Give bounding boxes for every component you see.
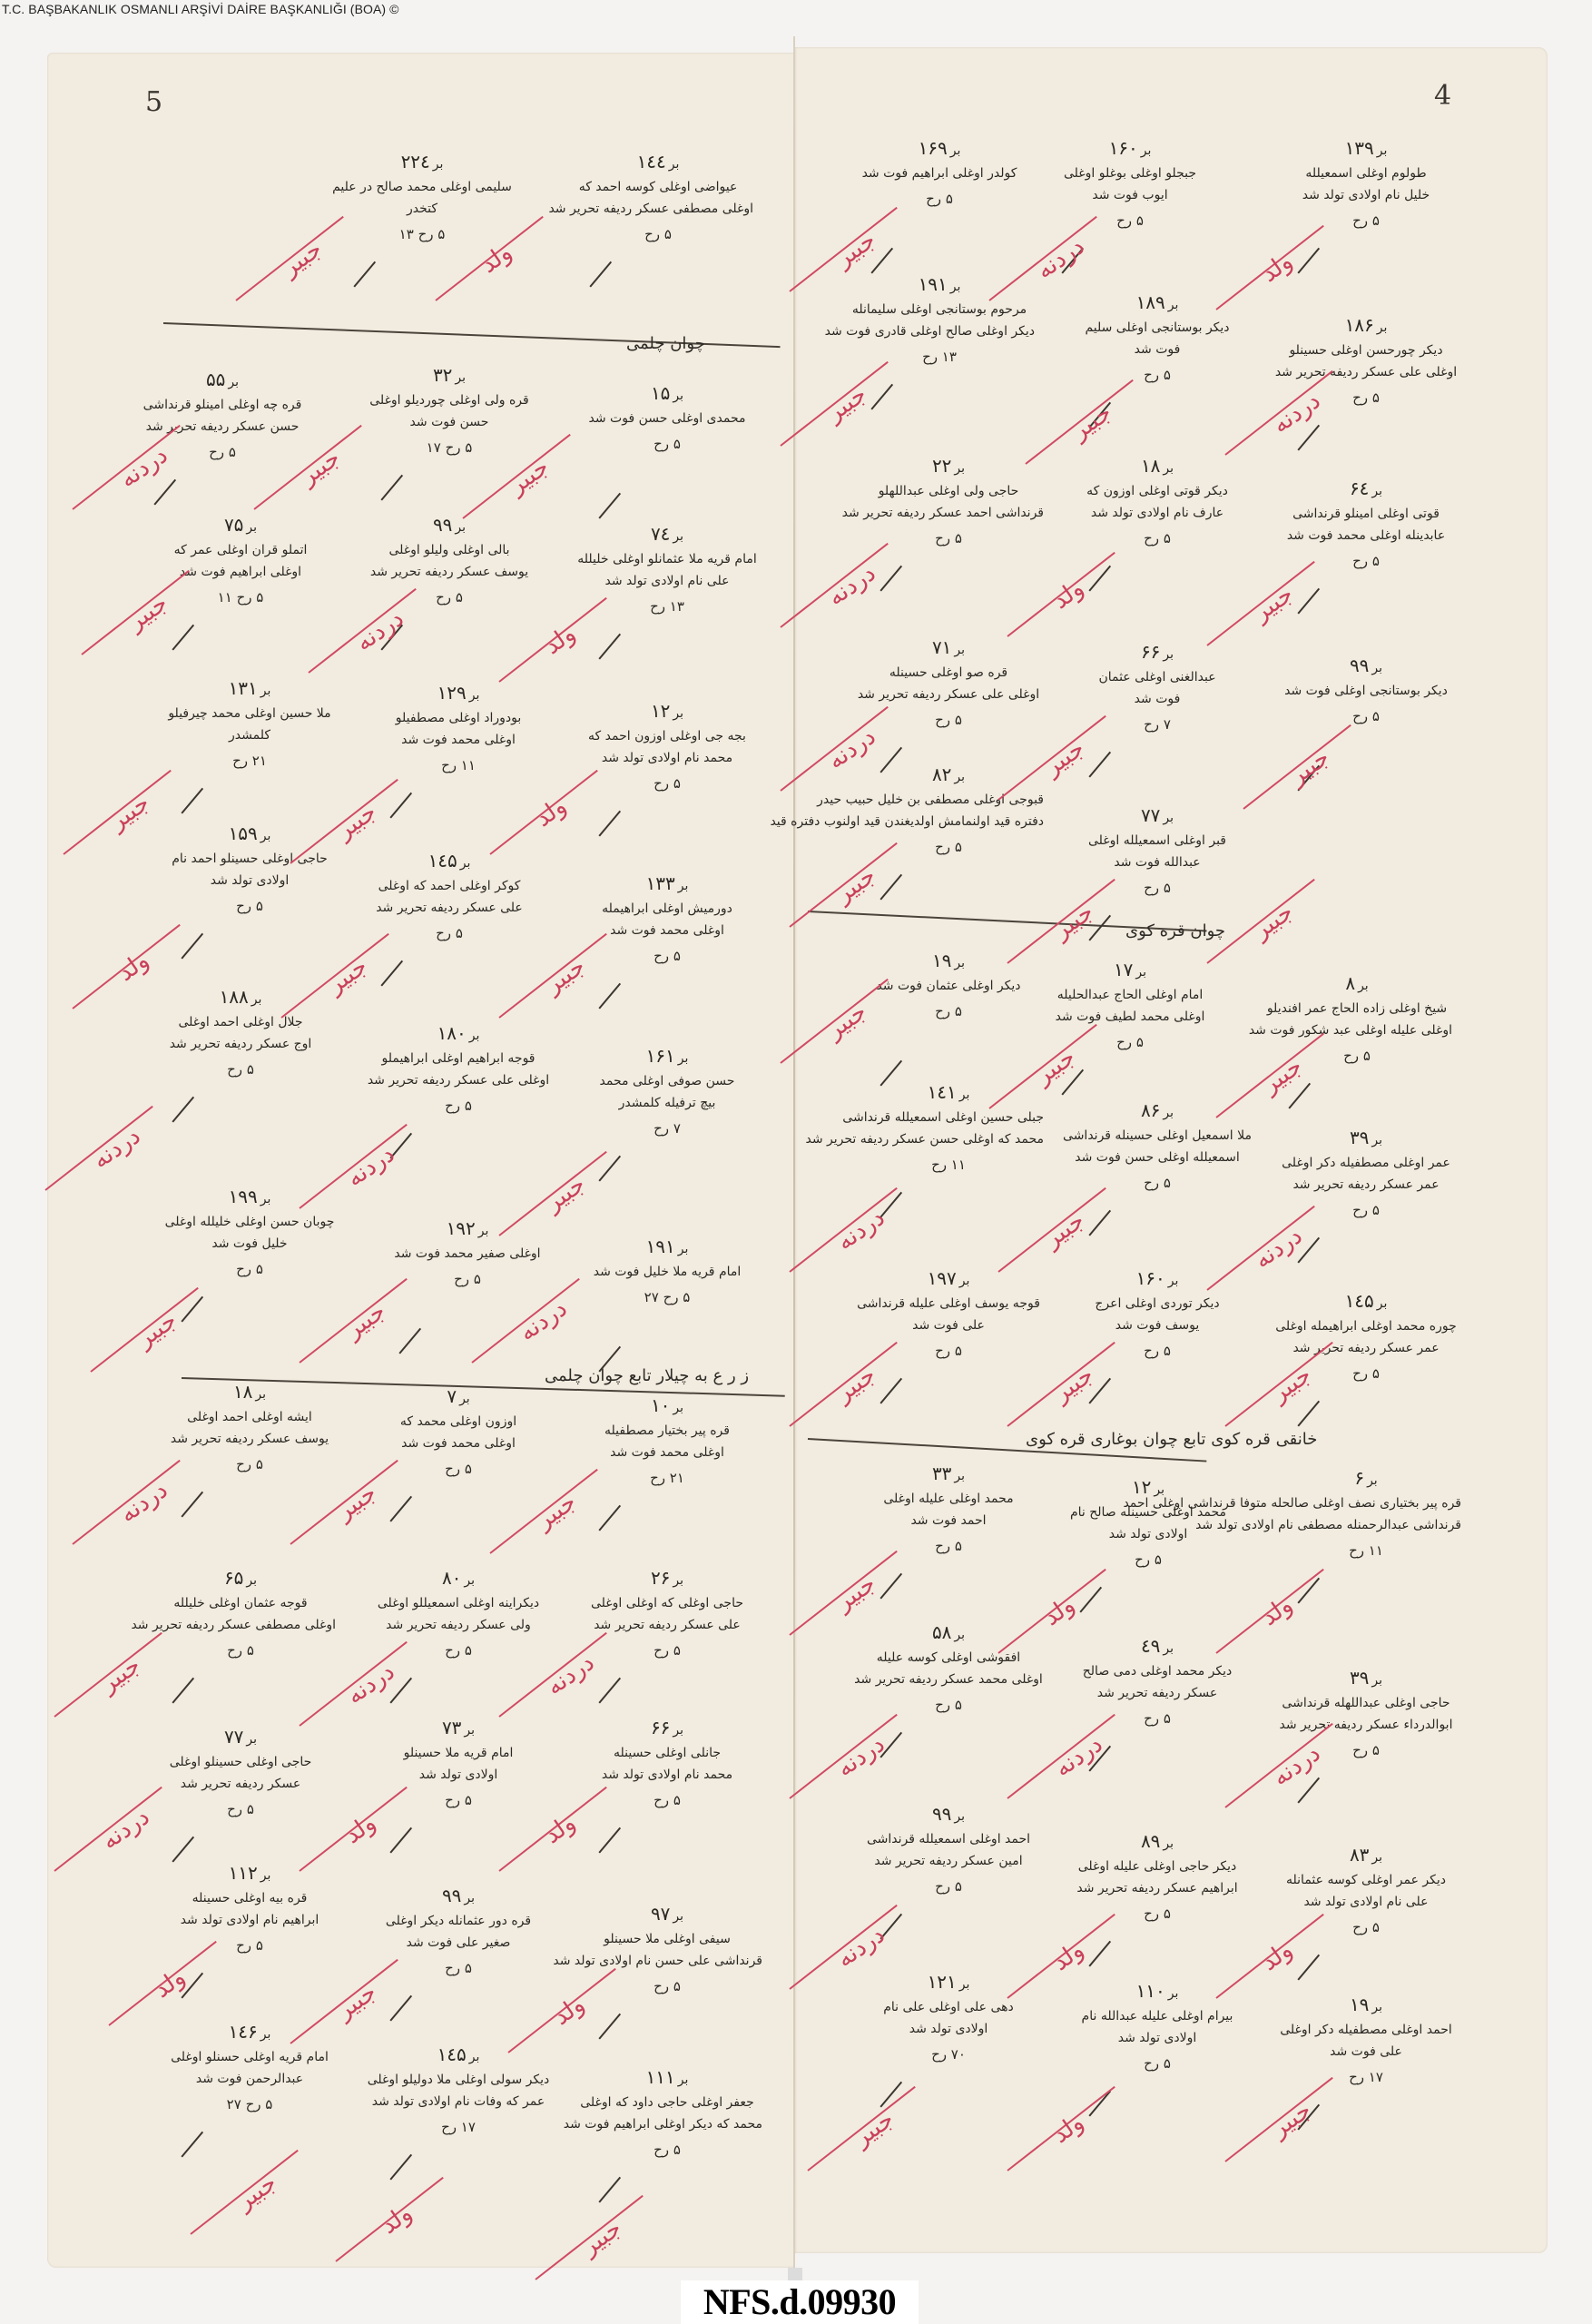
- entry-number: بر۱۹۹: [154, 1185, 345, 1211]
- entry-prefix: بر: [469, 688, 480, 703]
- entry-number: بر۷۷: [1062, 803, 1253, 830]
- entry-prefix: بر: [251, 992, 262, 1007]
- entry-number: بر۸۹: [1062, 1829, 1253, 1856]
- entry-line-2: اوغلی محمد لطیف فوت شد: [1035, 1006, 1225, 1028]
- register-entry: بر۱٤۵کوکر اوغلی احمد که اوغلیعلی عسکر رد…: [354, 849, 545, 944]
- entry-prefix: بر: [455, 370, 466, 385]
- entry-line-2: عمر که وفات نام اولادی تولد شد: [363, 2091, 554, 2112]
- entry-date: ۵ رح: [145, 1059, 336, 1080]
- entry-date: ۵ رح: [1062, 877, 1253, 899]
- archive-reference-code: NFS.d.09930: [681, 2280, 919, 2324]
- book-spine: [793, 36, 795, 2270]
- entry-line-2: عمر عسکر ردیفه تحریر شد: [1271, 1174, 1461, 1196]
- entry-prefix: بر: [469, 1029, 480, 1043]
- entry-prefix: بر: [1163, 1641, 1174, 1656]
- entry-date: ۵ رح ۱۳: [327, 223, 517, 245]
- entry-number: بر۹۹: [1271, 654, 1461, 680]
- entry-date: ۷ رح: [572, 1118, 762, 1139]
- entry-line-1: حاجی اوغلی عبداللهله قرنداشی: [1271, 1692, 1461, 1714]
- entry-date: ۱۱ رح: [363, 754, 554, 776]
- section-title-left-2: ز ر ع به چیلار تابع چوان چلمی: [545, 1366, 749, 1385]
- entry-date: ۵ رح: [154, 1453, 345, 1475]
- entry-prefix: بر: [260, 829, 271, 843]
- entry-line-1: قره دور عثمانله دیکر اوغلی: [363, 1910, 554, 1932]
- entry-date: ۷۰ رح: [853, 2043, 1044, 2065]
- entry-number: بر۹۹: [853, 1802, 1044, 1828]
- entry-line-2: خلیل نام اولادی تولد شد: [1271, 184, 1461, 206]
- entry-number: بر۱۲: [572, 699, 762, 725]
- entry-line-2: حسن عسکر ردیفه تحریر شد: [127, 416, 318, 438]
- entry-line-2: اوغلی ابراهیم فوت شد: [145, 561, 336, 583]
- register-entry: بر۵۸افقوشی اوغلی کوسه علیلهاوغلی محمد عس…: [853, 1620, 1044, 1716]
- entry-prefix: بر: [673, 529, 683, 544]
- entry-prefix: بر: [1377, 143, 1388, 158]
- entry-line-2: صغیر علی فوت شد: [363, 1932, 554, 1954]
- register-entry: بر٤۹دیکر محمد اوغلی دمی صالحعسکر ردیفه ت…: [1062, 1634, 1253, 1729]
- entry-line-1: حاجی اوغلی حسینلو احمد نام: [154, 848, 345, 870]
- entry-prefix: بر: [1163, 647, 1174, 662]
- entry-number: بر۷۷: [145, 1725, 336, 1751]
- register-entry: بر۱۸۸جلال اوغلی احمد اوغلیاوج عسکر ردیفه…: [145, 985, 336, 1080]
- entry-number: بر۲۲٤: [327, 150, 517, 176]
- entry-number: بر۱٤۱: [853, 1080, 1044, 1107]
- entry-date: ۱۷ رح: [1271, 2066, 1461, 2088]
- entry-number: بر۵۸: [853, 1620, 1044, 1647]
- entry-prefix: بر: [228, 375, 239, 389]
- entry-number: بر۱٤۵: [363, 2043, 554, 2069]
- entry-prefix: بر: [673, 1909, 683, 1924]
- entry-line-2: بیچ ترفیله کلمشدر: [572, 1092, 762, 1114]
- entry-line-1: قوجه ابراهیم اوغلی ابراهیملو: [363, 1048, 554, 1069]
- entry-line-1: قره صو اوغلی حسینله: [853, 662, 1044, 684]
- entry-line-2: فوت شد: [1062, 339, 1253, 360]
- entry-prefix: بر: [1163, 811, 1174, 825]
- entry-date: ۵ رح: [1062, 1340, 1253, 1362]
- entry-number: بر۷: [363, 1384, 554, 1411]
- entry-prefix: بر: [954, 956, 965, 970]
- entry-line-2: یوسف عسکر ردیفه تحریر شد: [354, 561, 545, 583]
- entry-line-1: امام قریه ملا خلیل فوت شد: [572, 1261, 762, 1283]
- entry-line-1: مرحوم بوستانجی اوغلی سلیمانله: [844, 299, 1035, 320]
- entry-prefix: بر: [433, 157, 444, 172]
- entry-line-1: ایشه اوغلی احمد اوغلی: [154, 1406, 345, 1428]
- entry-date: ۵ رح: [853, 1535, 1044, 1557]
- entry-date: ۵ رح: [572, 433, 762, 455]
- entry-prefix: بر: [1168, 1274, 1179, 1288]
- entry-date: ۵ رح: [1035, 210, 1225, 231]
- register-entry: بر۳۳محمد اوغلی علیله اوغلیاحمد فوت شد۵ ر…: [853, 1462, 1044, 1557]
- entry-date: ۵ رح: [563, 223, 753, 245]
- entry-line-2: اوغلی علی عسکر ردیفه تحریر شد: [363, 1069, 554, 1091]
- entry-date: ۵ رح ۱۷: [354, 437, 545, 458]
- register-entry: بر۱۲۱دهی علی اوغلی علی ناماولادی تولد شد…: [853, 1970, 1044, 2065]
- entry-date: ۵ رح: [1062, 1172, 1253, 1194]
- entry-date: ۵ رح ۱۱: [145, 586, 336, 608]
- entry-line-1: قره چه اوغلی امینلو قرنداشی: [127, 394, 318, 416]
- entry-line-1: دیکر سولی اوغلی ملا دولیلو اوغلی: [363, 2069, 554, 2091]
- entry-line-1: ملا اسمعیل اوغلی حسینله قرنداشی: [1062, 1125, 1253, 1147]
- entry-line-2: محمد که اوغلی حسن عسکر ردیفه تحریر شد: [853, 1128, 1044, 1150]
- entry-prefix: بر: [478, 1224, 489, 1238]
- entry-line-1: قوجه یوسف اوغلی علیله قرنداشی: [853, 1293, 1044, 1315]
- entry-date: ۱۳ رح: [572, 596, 762, 617]
- register-entry: بر۷۷قبر اوغلی اسمعیلله اوغلیعبدالله فوت …: [1062, 803, 1253, 899]
- register-entry: بر۱۹احمد اوغلی مصطفیله دکر اوغلیعلی فوت …: [1271, 1993, 1461, 2088]
- entry-prefix: بر: [954, 1469, 965, 1483]
- entry-date: ۱۱ رح: [853, 1154, 1044, 1176]
- entry-number: بر۱۶۰: [1035, 136, 1225, 162]
- entry-prefix: بر: [673, 1723, 683, 1738]
- entry-prefix: بر: [678, 1051, 689, 1066]
- entry-line-1: قبر اوغلی اسمعیلله اوغلی: [1062, 830, 1253, 852]
- entry-line-2: اوغلی محمد فوت شد: [363, 1433, 554, 1454]
- register-entry: بر۷۱قره صو اوغلی حسینلهاوغلی علی عسکر رد…: [853, 635, 1044, 731]
- entry-number: بر۸: [1262, 971, 1452, 998]
- archive-copyright-header: T.C. BAŞBAKANLIK OSMANLI ARŞİVİ DAİRE BA…: [2, 2, 399, 16]
- entry-line-2: اوغلی محمد فوت شد: [363, 729, 554, 751]
- entry-line-2: دیکر اوغلی صالح اوغلی قادری فوت شد: [844, 320, 1035, 342]
- entry-date: ۵ رح: [1271, 550, 1461, 572]
- entry-number: بر۱۳۹: [1271, 136, 1461, 162]
- entry-line-1: حاجی اوغلی حسینلو اوغلی: [145, 1751, 336, 1773]
- register-entry: بر۱٤۱جبلی حسین اوغلی اسمعیلله قرنداشیمحم…: [853, 1080, 1044, 1176]
- entry-prefix: بر: [678, 2073, 689, 2087]
- entry-number: بر۹۹: [363, 1884, 554, 1910]
- entry-line-1: شیخ اوغلی زاده الحاج عمر افندیلو: [1262, 998, 1452, 1019]
- entry-prefix: بر: [954, 770, 965, 784]
- entry-line-2: قرنداشی عبدالرحمنله مصطفی نام اولادی تول…: [1271, 1514, 1461, 1536]
- folio-number-right: 4: [1434, 80, 1451, 112]
- entry-date: ۵ رح: [1271, 705, 1461, 727]
- entry-prefix: بر: [460, 856, 471, 871]
- entry-prefix: بر: [1371, 1850, 1382, 1865]
- entry-prefix: بر: [673, 1401, 683, 1415]
- entry-line-2: عارف نام اولادی تولد شد: [1062, 502, 1253, 524]
- register-entry: بر۱۳۹طولوم اوغلی اسمعیللهخلیل نام اولادی…: [1271, 136, 1461, 231]
- entry-line-1: حسن صوفی اوغلی محمد: [572, 1070, 762, 1092]
- entry-line-1: چوره محمد اوغلی ابراهیمله اوغلی: [1271, 1315, 1461, 1337]
- entry-line-1: دیکر عمر اوغلی کوسه عثمانله: [1271, 1869, 1461, 1891]
- register-entry: بر۷۷حاجی اوغلی حسینلو اوغلیعسکر ردیفه تح…: [145, 1725, 336, 1820]
- entry-line-1: دیکر حاجی اوغلی علیله اوغلی: [1062, 1856, 1253, 1877]
- entry-number: بر۱۶۱: [572, 1044, 762, 1070]
- entry-number: بر۱۸۶: [1271, 313, 1461, 340]
- entry-prefix: بر: [260, 2027, 271, 2042]
- entry-date: ۱۱ رح: [1271, 1540, 1461, 1561]
- entry-line-1: جبجلو اوغلی بوغلو اوغلی: [1035, 162, 1225, 184]
- entry-line-1: قوتی اوغلی امینلو قرنداشی: [1271, 503, 1461, 525]
- entry-line-1: عمر اوغلی مصطفیله دکر اوغلی: [1271, 1152, 1461, 1174]
- entry-line-1: قره بیه اوغلی حسینله: [154, 1887, 345, 1909]
- entry-line-1: بیرام اوغلی علیله عبدالله نام: [1062, 2005, 1253, 2027]
- entry-date: ۵ رح: [853, 1876, 1044, 1897]
- entry-number: بر۸۳: [1271, 1843, 1461, 1869]
- entry-line-2: علی عسکر ردیفه تحریر شد: [354, 897, 545, 919]
- entry-date: ۵ رح: [363, 1640, 554, 1661]
- entry-line-1: حاجی اوغلی که اوغلی اوغلی: [572, 1592, 762, 1614]
- entry-line-1: قره پیر بختیاری نصف اوغلی صالحله متوفا ق…: [1271, 1492, 1461, 1514]
- entry-prefix: بر: [255, 1387, 266, 1402]
- entry-number: بر۹۹: [354, 513, 545, 539]
- entry-line-2: ایوب فوت شد: [1035, 184, 1225, 206]
- entry-prefix: بر: [1168, 298, 1179, 312]
- entry-line-1: اتملو قران اوغلی عمر که: [145, 539, 336, 561]
- entry-prefix: بر: [1377, 320, 1388, 335]
- entry-line-2: اوغلی علی عسکر ردیفه تحریر شد: [853, 684, 1044, 705]
- entry-line-2: کتخدر: [327, 198, 517, 220]
- entry-prefix: بر: [246, 520, 257, 535]
- entry-line-1: قوجه عثمان اوغلی خلیلله: [145, 1592, 336, 1614]
- entry-date: ۷ رح: [1062, 714, 1253, 735]
- entry-line-1: عیواضی اوغلی کوسه احمد که: [563, 176, 753, 198]
- register-entry: بر۱۵محمدی اوغلی حسن فوت شد۵ رح: [572, 381, 762, 455]
- entry-prefix: بر: [1371, 1673, 1382, 1688]
- entry-line-1: کولدر اوغلی ابراهیم فوت شد: [844, 162, 1035, 184]
- entry-line-1: دهی علی اوغلی علی نام: [853, 1996, 1044, 2018]
- register-entry: بر۱٤۶امام قریه اوغلی حسنلو اوغلیعبدالرحم…: [154, 2020, 345, 2115]
- entry-date: ۵ رح: [1062, 1903, 1253, 1925]
- entry-line-1: اوغلی صفیر محمد فوت شد: [372, 1243, 563, 1265]
- register-entry: بر۶۵قوجه عثمان اوغلی خلیللهاوغلی مصطفی ع…: [145, 1566, 336, 1661]
- entry-line-2: قرنداشی احمد عسکر ردیفه تحریر شد: [853, 502, 1044, 524]
- entry-prefix: بر: [464, 1891, 475, 1905]
- entry-line-2: علی نام اولادی تولد شد: [572, 570, 762, 592]
- folio-number-left: 5: [145, 86, 162, 118]
- entry-date: ۵ رح: [1062, 364, 1253, 386]
- entry-date: ۵ رح: [372, 1268, 563, 1290]
- entry-date: ۵ رح: [844, 188, 1035, 210]
- register-entry: بر۲۶حاجی اوغلی که اوغلی اوغلیعلی عسکر رد…: [572, 1566, 762, 1661]
- entry-line-1: دیکر اوغلی عثمان فوت شد: [853, 975, 1044, 997]
- entry-prefix: بر: [464, 1573, 475, 1588]
- register-entry: بر۱۳۳دورمیش اوغلی ابراهیملهاوغلی محمد فو…: [572, 871, 762, 967]
- entry-line-1: بجه جی اوغلی اوزون احمد که: [572, 725, 762, 747]
- entry-line-2: عابدینله اوغلی محمد فوت شد: [1271, 525, 1461, 547]
- entry-prefix: بر: [260, 1192, 271, 1206]
- entry-prefix: بر: [1141, 143, 1152, 158]
- register-entry: بر۱۳۱ملا حسین اوغلی محمد چیرفیلوکلمشدر۲۱…: [154, 676, 345, 772]
- entry-date: ۵ رح: [572, 1640, 762, 1661]
- entry-line-1: محمد اوغلی علیله اوغلی: [853, 1488, 1044, 1510]
- entry-number: بر۶٤: [1271, 477, 1461, 503]
- entry-prefix: بر: [954, 461, 965, 476]
- entry-line-2: احمد فوت شد: [853, 1510, 1044, 1531]
- entry-number: بر۱٤۵: [354, 849, 545, 875]
- entry-number: بر۱۹۱: [572, 1235, 762, 1261]
- entry-line-1: دیکر بوستانجی اوغلی سلیم: [1062, 317, 1253, 339]
- entry-date: ۵ رح: [1062, 1708, 1253, 1729]
- entry-line-1: ملا حسین اوغلی محمد چیرفیلو: [154, 703, 345, 724]
- entry-line-2: اولادی تولد شد: [154, 870, 345, 891]
- entry-line-1: امام قریه اوغلی حسنلو اوغلی: [154, 2046, 345, 2068]
- entry-prefix: بر: [959, 1088, 970, 1102]
- register-entry: بر۹۷سیفی اوغلی ملا حسینلوقرنداشی علی حسن…: [572, 1902, 762, 1997]
- entry-line-2: اولادی تولد شد: [1062, 2027, 1253, 2049]
- entry-number: بر۲۲: [853, 454, 1044, 480]
- entry-date: ۵ رح: [1062, 527, 1253, 549]
- entry-line-2: اوغلی مصطفی عسکر ردیفه تحریر شد: [145, 1614, 336, 1636]
- entry-number: بر۱۸۰: [363, 1021, 554, 1048]
- entry-line-2: عمر عسکر ردیفه تحریر شد: [1271, 1337, 1461, 1359]
- register-entry: بر۱۹۱امام قریه ملا خلیل فوت شد۵ رح ۲۷: [572, 1235, 762, 1308]
- entry-date: ۵ رح ۲۷: [154, 2093, 345, 2115]
- entry-number: بر۳۹: [1271, 1666, 1461, 1692]
- entry-number: بر۱۱۲: [154, 1861, 345, 1887]
- register-entry: بر۱۸۰قوجه ابراهیم اوغلی ابراهیملواوغلی ع…: [363, 1021, 554, 1117]
- register-entry: بر۹۹احمد اوغلی اسمعیلله قرنداشیامین عسکر…: [853, 1802, 1044, 1897]
- entry-line-1: عبدالغنی اوغلی عثمان: [1062, 666, 1253, 688]
- entry-line-2: اوغلی مصطفی عسکر ردیفه تحریر شد: [563, 198, 753, 220]
- entry-date: ۵ رح: [354, 586, 545, 608]
- register-entry: بر۹۹دیکر بوستانجی اوغلی فوت شد۵ رح: [1271, 654, 1461, 727]
- entry-date: ۵ رح: [572, 773, 762, 794]
- entry-line-1: دورمیش اوغلی ابراهیمله: [572, 898, 762, 920]
- entry-line-1: سلیمی اوغلی محمد صالح در علیم: [327, 176, 517, 198]
- register-entry: بر۲۲حاجی ولی اوغلی عبداللهلوقرنداشی احمد…: [853, 454, 1044, 549]
- entry-number: بر۷۳: [363, 1716, 554, 1742]
- entry-line-2: دفتره قید اولنمامش اولدیغندن قید اولنوب …: [853, 811, 1044, 832]
- entry-line-2: محمد که دیکر اوغلی ابراهیم فوت شد: [572, 2113, 762, 2135]
- entry-prefix: بر: [1135, 965, 1146, 980]
- section-title-right-1: چوان قره کوی: [1125, 921, 1225, 940]
- register-entry: بر۱۹دیکر اوغلی عثمان فوت شد۵ رح: [853, 949, 1044, 1022]
- register-entry: بر۶٤قوتی اوغلی امینلو قرنداشیعابدینله او…: [1271, 477, 1461, 572]
- entry-prefix: بر: [459, 1392, 470, 1406]
- entry-number: بر۱٤٤: [563, 150, 753, 176]
- entry-prefix: بر: [954, 643, 965, 657]
- entry-date: ۱۳ رح: [844, 346, 1035, 368]
- section-title-left-1: چوان چلمی: [626, 334, 705, 353]
- entry-date: ۵ رح: [1271, 1916, 1461, 1938]
- entry-line-1: احمد اوغلی مصطفیله دکر اوغلی: [1271, 2019, 1461, 2041]
- entry-date: ۵ رح: [572, 2139, 762, 2161]
- entry-number: بر۵۵: [127, 368, 318, 394]
- register-entry: بر۲۲٤سلیمی اوغلی محمد صالح در علیمکتخدر۵…: [327, 150, 517, 245]
- entry-date: ۵ رح: [853, 1000, 1044, 1022]
- entry-prefix: بر: [260, 684, 271, 698]
- entry-line-2: اوج عسکر ردیفه تحریر شد: [145, 1033, 336, 1055]
- entry-date: ۵ رح ۲۷: [572, 1286, 762, 1308]
- entry-prefix: بر: [260, 1868, 271, 1883]
- entry-date: ۵ رح: [154, 1935, 345, 1956]
- entry-line-1: قره پیر بختیار مصطفیله: [572, 1420, 762, 1442]
- entry-prefix: بر: [1377, 1296, 1388, 1311]
- entry-line-2: عبدالله فوت شد: [1062, 852, 1253, 873]
- register-entry: بر۶۶جانلی اوغلی حسینلهمحمد نام اولادی تو…: [572, 1716, 762, 1811]
- entry-line-1: قره ولی اوغلی چوردیلو اوغلی: [354, 389, 545, 411]
- entry-line-2: محمد نام اولادی تولد شد: [572, 747, 762, 769]
- entry-line-2: محمد نام اولادی تولد شد: [572, 1764, 762, 1786]
- entry-line-1: چوبان حسن اوغلی خلیلله اوغلی: [154, 1211, 345, 1233]
- entry-prefix: بر: [959, 1274, 970, 1288]
- entry-number: بر۶۵: [145, 1566, 336, 1592]
- entry-prefix: بر: [950, 280, 961, 294]
- entry-number: بر۱۸: [1062, 454, 1253, 480]
- register-entry: بر۱۹۲اوغلی صفیر محمد فوت شد۵ رح: [372, 1216, 563, 1290]
- entry-line-1: دیکر بوستانجی اوغلی فوت شد: [1271, 680, 1461, 702]
- entry-date: ۵ رح: [1062, 2053, 1253, 2074]
- entry-line-1: جبلی حسین اوغلی اسمعیلله قرنداشی: [853, 1107, 1044, 1128]
- register-entry: بر۱۶۱حسن صوفی اوغلی محمدبیچ ترفیله کلمشد…: [572, 1044, 762, 1139]
- entry-line-1: سیفی اوغلی ملا حسینلو: [572, 1928, 762, 1950]
- entry-line-2: قرنداشی علی حسن نام اولادی تولد شد: [572, 1950, 762, 1972]
- entry-number: بر۶: [1271, 1466, 1461, 1492]
- entry-number: بر۲۶: [572, 1566, 762, 1592]
- entry-line-1: حاجی ولی اوغلی عبداللهلو: [853, 480, 1044, 502]
- entry-number: بر۱۵: [572, 381, 762, 408]
- entry-line-1: اوزون اوغلی محمد که: [363, 1411, 554, 1433]
- entry-number: بر۱۸: [154, 1380, 345, 1406]
- entry-number: بر۷٤: [572, 522, 762, 548]
- entry-date: ۱۷ رح: [363, 2116, 554, 2138]
- entry-prefix: بر: [954, 1628, 965, 1642]
- entry-prefix: بر: [954, 1809, 965, 1824]
- entry-line-2: ابراهیم عسکر ردیفه تحریر شد: [1062, 1877, 1253, 1899]
- entry-line-1: دیکراینه اوغلی اسمعیللو اوغلی: [363, 1592, 554, 1614]
- entry-prefix: بر: [1371, 2000, 1382, 2014]
- entry-number: بر۷۱: [853, 635, 1044, 662]
- register-entry: بر۱۹۹چوبان حسن اوغلی خلیلله اوغلیخلیل فو…: [154, 1185, 345, 1280]
- entry-prefix: بر: [673, 1573, 683, 1588]
- entry-line-1: دیکر قوتی اوغلی اوزون که: [1062, 480, 1253, 502]
- entry-prefix: بر: [678, 1242, 689, 1256]
- section-title-right-2: خانقی قره کوی تابع چوان بوغاری قره کوی: [1026, 1430, 1317, 1449]
- entry-line-2: عسکر ردیفه تحریر شد: [1062, 1682, 1253, 1704]
- entry-line-1: دیکر چورحسن اوغلی حسینلو: [1271, 340, 1461, 361]
- entry-prefix: بر: [1163, 1837, 1174, 1851]
- entry-line-2: یوسف فوت شد: [1062, 1315, 1253, 1336]
- register-entry: بر۸۶ملا اسمعیل اوغلی حسینله قرنداشیاسمعی…: [1062, 1098, 1253, 1194]
- entry-number: بر۱۳۱: [154, 676, 345, 703]
- entry-line-2: علی فوت شد: [853, 1315, 1044, 1336]
- register-entry: بر۸۹دیکر حاجی اوغلی علیله اوغلیابراهیم ع…: [1062, 1829, 1253, 1925]
- entry-prefix: بر: [669, 157, 680, 172]
- entry-line-1: امام قریه ملا حسینلو: [363, 1742, 554, 1764]
- register-entry: بر۶قره پیر بختیاری نصف اوغلی صالحله متوف…: [1271, 1466, 1461, 1561]
- entry-date: ۵ رح: [145, 1798, 336, 1820]
- entry-line-2: علی نام اولادی تولد شد: [1271, 1891, 1461, 1913]
- register-entry: بر۹۹بالی اوغلی ولیلو اوغلییوسف عسکر ردیف…: [354, 513, 545, 608]
- entry-line-2: ابراهیم نام اولادی تولد شد: [154, 1909, 345, 1931]
- entry-date: ۵ رح: [363, 1095, 554, 1117]
- register-entry: بر۱۶۰دیکر توردی اوغلی اعرجیوسف فوت شد۵ ر…: [1062, 1266, 1253, 1362]
- entry-line-1: جانلی اوغلی حسینله: [572, 1742, 762, 1764]
- entry-number: بر۸۰: [363, 1566, 554, 1592]
- entry-date: ۵ رح: [853, 1694, 1044, 1716]
- entry-prefix: بر: [678, 879, 689, 893]
- register-entry: بر۳۹عمر اوغلی مصطفیله دکر اوغلیعمر عسکر …: [1271, 1126, 1461, 1221]
- entry-line-2: اولادی تولد شد: [853, 2018, 1044, 2040]
- entry-line-1: بالی اوغلی ولیلو اوغلی: [354, 539, 545, 561]
- entry-line-1: دیکر محمد اوغلی دمی صالح: [1062, 1660, 1253, 1682]
- entry-line-2: حسن فوت شد: [354, 411, 545, 433]
- entry-number: بر۱۶۰: [1062, 1266, 1253, 1293]
- register-entry: بر۷۵اتملو قران اوغلی عمر کهاوغلی ابراهیم…: [145, 513, 336, 608]
- entry-line-2: اوغلی محمد فوت شد: [572, 1442, 762, 1463]
- entry-line-1: امام قریه ملا عثمانلو اوغلی خلیلله: [572, 548, 762, 570]
- entry-line-1: کوکر اوغلی احمد که اوغلی: [354, 875, 545, 897]
- entry-date: ۵ رح: [154, 1258, 345, 1280]
- entry-prefix: بر: [1168, 1986, 1179, 2001]
- entry-line-1: جلال اوغلی احمد اوغلی: [145, 1011, 336, 1033]
- register-entry: بر۱٤۵دیکر سولی اوغلی ملا دولیلو اوغلیعمر…: [363, 2043, 554, 2138]
- register-entry: بر۸۲قبوجی اوغلی مصطفی بن خلیل حبیب حیدرد…: [853, 763, 1044, 858]
- entry-date: ۵ رح: [145, 1640, 336, 1661]
- entry-line-1: قبوجی اوغلی مصطفی بن خلیل حبیب حیدر: [853, 789, 1044, 811]
- register-entry: بر۱۲بجه جی اوغلی اوزون احمد کهمحمد نام ا…: [572, 699, 762, 794]
- entry-line-2: ولی عسکر ردیفه تحریر شد: [363, 1614, 554, 1636]
- entry-date: ۵ رح: [1271, 210, 1461, 231]
